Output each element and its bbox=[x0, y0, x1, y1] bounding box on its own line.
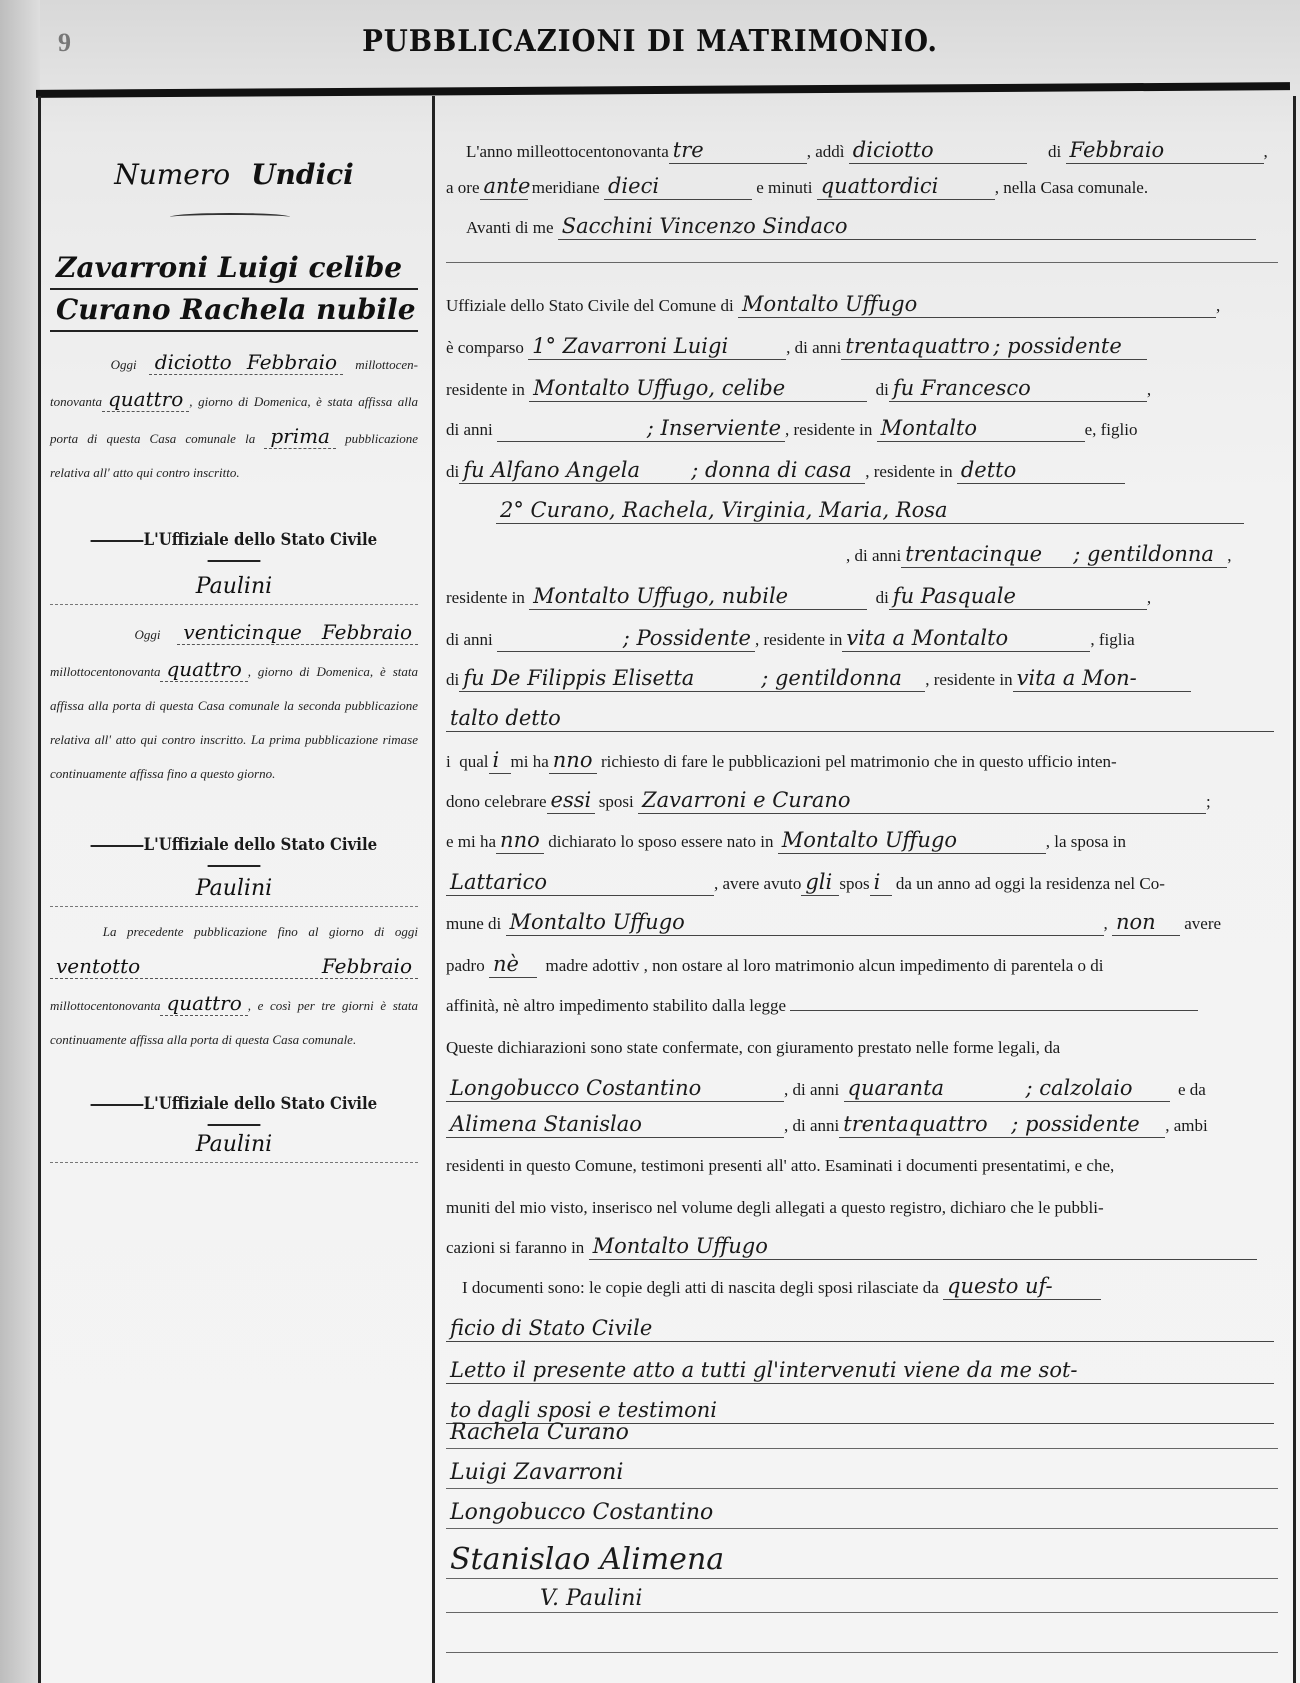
bride-line: 2° Curano, Rachela, Virginia, Maria, Ros… bbox=[446, 496, 1300, 528]
hour-field: dieci bbox=[604, 173, 752, 200]
bride-father-line: di anni ; Possidente, residente invita a… bbox=[446, 624, 1278, 656]
first-pub-ordinal: prima bbox=[264, 424, 336, 449]
officer-signature-2: Paulini bbox=[50, 872, 418, 907]
groom-father: fu Francesco bbox=[889, 375, 1147, 402]
residence-line: mune di Montalto Uffugo, non avere bbox=[446, 908, 1278, 940]
bride-field: 2° Curano, Rachela, Virginia, Maria, Ros… bbox=[496, 497, 1244, 524]
groom-job: ; possidente bbox=[989, 333, 1147, 360]
day-field: diciotto bbox=[849, 137, 1027, 164]
celebrate-line: dono celebrareessi sposi Zavarroni e Cur… bbox=[446, 786, 1278, 818]
bride-father: fu Pasquale bbox=[889, 583, 1147, 610]
third-publication: La precedente pubblicazione fino al gior… bbox=[50, 915, 418, 1057]
register-page: 9 PUBBLICAZIONI DI MATRIMONIO. Numero Un… bbox=[0, 0, 1300, 1683]
signature-witness-1: Longobucco Costantino bbox=[450, 1500, 713, 1525]
groom-mother: fu Alfano Angela bbox=[459, 457, 687, 484]
first-pub-year: quattro bbox=[102, 387, 189, 412]
groom-mother-job: ; donna di casa bbox=[687, 457, 865, 484]
bride-mother-residence-cont: talto detto bbox=[446, 704, 1278, 736]
groom-mother-residence: detto bbox=[957, 457, 1125, 484]
witness-1-job: ; calzolaio bbox=[1022, 1075, 1170, 1102]
witness-2-line: Alimena Stanislao, di annitrentaquattro;… bbox=[446, 1110, 1278, 1142]
adoptive-line: padro nè madre adottiv , non ostare al l… bbox=[446, 950, 1278, 982]
groom-name: Zavarroni Luigi celibe bbox=[50, 248, 418, 290]
officer-field: Sacchini Vincenzo Sindaco bbox=[558, 213, 1256, 240]
residence-field: Montalto Uffugo bbox=[506, 909, 1104, 936]
act-line-comune: Uffiziale dello Stato Civile del Comune … bbox=[446, 290, 1278, 322]
bride-residence-line: residente in Montalto Uffugo, nubile dif… bbox=[446, 582, 1278, 614]
first-pub-date: diciotto Febbraio bbox=[149, 350, 343, 375]
witness-1: Longobucco Costantino bbox=[446, 1075, 784, 1102]
act-line-officer: Avanti di me Sacchini Vincenzo Sindaco bbox=[446, 212, 1298, 244]
witness-1-line: Longobucco Costantino, di anni quaranta;… bbox=[446, 1074, 1278, 1106]
column-divider bbox=[432, 96, 435, 1683]
month-field: Febbraio bbox=[1066, 137, 1264, 164]
annexes-line: muniti del mio visto, inserisco nel volu… bbox=[446, 1192, 1278, 1224]
bride-mother-job: ; gentildonna bbox=[757, 665, 925, 692]
bride-birthplace: Lattarico bbox=[446, 869, 714, 896]
documents-line: I documenti sono: le copie degli atti di… bbox=[446, 1272, 1294, 1304]
impediment-line: affinità, nè altro impedimento stabilito… bbox=[446, 990, 1278, 1022]
groom-birthplace: Montalto Uffugo bbox=[778, 827, 1046, 854]
bride-age-line: , di annitrentacinque; gentildonna, bbox=[446, 540, 1300, 572]
publication-place: Montalto Uffugo bbox=[589, 1233, 1257, 1260]
witness-1-age: quaranta bbox=[844, 1075, 1022, 1102]
oath-line: Queste dichiarazioni sono state conferma… bbox=[446, 1032, 1278, 1064]
groom-father-residence: Montalto bbox=[877, 415, 1085, 442]
bride-mother-residence: vita a Mon- bbox=[1013, 665, 1191, 692]
second-publication: Oggi venticinque Febbraio millottocenton… bbox=[50, 615, 418, 791]
witness-2-age: trentaquattro bbox=[839, 1111, 1007, 1138]
signature-groom: Luigi Zavarroni bbox=[450, 1460, 623, 1485]
act-line-time: a oreante meridiane dieci e minuti quatt… bbox=[446, 172, 1278, 204]
record-number-value: Undici bbox=[251, 158, 354, 191]
third-pub-year: quattro bbox=[160, 991, 247, 1016]
groom-residence: Montalto Uffugo, celibe bbox=[529, 375, 867, 402]
page-edge-shadow bbox=[0, 0, 40, 1683]
birthplace-line: e mi hanno dichiarato lo sposo essere na… bbox=[446, 826, 1278, 858]
groom-mother-line: difu Alfano Angela; donna di casa, resid… bbox=[446, 456, 1278, 488]
document-title: PUBBLICAZIONI DI MATRIMONIO. bbox=[52, 24, 1248, 59]
minutes-field: quattordici bbox=[817, 173, 995, 200]
request-line: i qualimi hanno richiesto di fare le pub… bbox=[446, 746, 1278, 778]
bride-age: trentacinque bbox=[901, 541, 1069, 568]
act-line-year: L'anno milleottocentonovantatre, addì di… bbox=[446, 136, 1298, 168]
signature-officer: V. Paulini bbox=[540, 1586, 642, 1611]
groom-residence-line: residente in Montalto Uffugo, celibe dif… bbox=[446, 374, 1278, 406]
officer-signature-3: Paulini bbox=[50, 1128, 418, 1163]
first-publication: Oggi diciotto Febbraio millottocen- tono… bbox=[50, 345, 418, 490]
officer-label-1: L'Uffiziale dello Stato Civile bbox=[72, 530, 396, 570]
third-pub-date: ventotto Febbraio bbox=[50, 954, 418, 979]
bride-mother-line: difu De Filippis Elisetta; gentildonna, … bbox=[446, 664, 1278, 696]
bride-father-job: ; Possidente bbox=[497, 625, 755, 652]
comune-field: Montalto Uffugo bbox=[738, 291, 1216, 318]
reading-line: Letto il presente atto a tutti gl'interv… bbox=[446, 1356, 1278, 1388]
groom-field: 1° Zavarroni Luigi bbox=[528, 333, 786, 360]
groom-age: trentaquattro bbox=[841, 333, 989, 360]
bride-residence: Montalto Uffugo, nubile bbox=[529, 583, 867, 610]
bride-job: ; gentildonna bbox=[1069, 541, 1227, 568]
second-pub-date: venticinque Febbraio bbox=[177, 620, 418, 645]
second-pub-year: quattro bbox=[160, 657, 247, 682]
signature-witness-2: Stanislao Alimena bbox=[450, 1542, 724, 1577]
bride-birthplace-line: Lattarico, avere avutoglisposi da un ann… bbox=[446, 868, 1278, 900]
groom-father-line: di anni ; Inserviente, residente in Mont… bbox=[446, 414, 1278, 446]
bride-name: Curano Rachela nubile bbox=[50, 290, 418, 332]
groom-father-job: ; Inserviente bbox=[497, 415, 785, 442]
year-field: tre bbox=[669, 137, 807, 164]
spouses-field: Zavarroni e Curano bbox=[638, 787, 1206, 814]
signature-bride: Rachela Curano bbox=[450, 1420, 629, 1445]
documents-examined-line: residenti in questo Comune, testimoni pr… bbox=[446, 1150, 1278, 1182]
witness-2: Alimena Stanislao bbox=[446, 1111, 784, 1138]
bride-father-residence: vita a Montalto bbox=[842, 625, 1090, 652]
officer-label-2: L'Uffiziale dello Stato Civile bbox=[72, 835, 396, 875]
bride-mother: fu De Filippis Elisetta bbox=[459, 665, 757, 692]
ante-field: ante bbox=[480, 173, 528, 200]
witness-2-job: ; possidente bbox=[1007, 1111, 1165, 1138]
record-number: Numero Undici bbox=[50, 158, 418, 192]
groom-line: è comparso 1° Zavarroni Luigi, di annitr… bbox=[446, 332, 1278, 364]
officer-signature-1: Paulini bbox=[50, 570, 418, 605]
spouse-names: Zavarroni Luigi celibe Curano Rachela nu… bbox=[50, 248, 418, 332]
documents-cont-line: ficio di Stato Civile bbox=[446, 1314, 1278, 1346]
publication-place-line: cazioni si faranno in Montalto Uffugo bbox=[446, 1232, 1278, 1264]
flourish bbox=[170, 213, 290, 221]
